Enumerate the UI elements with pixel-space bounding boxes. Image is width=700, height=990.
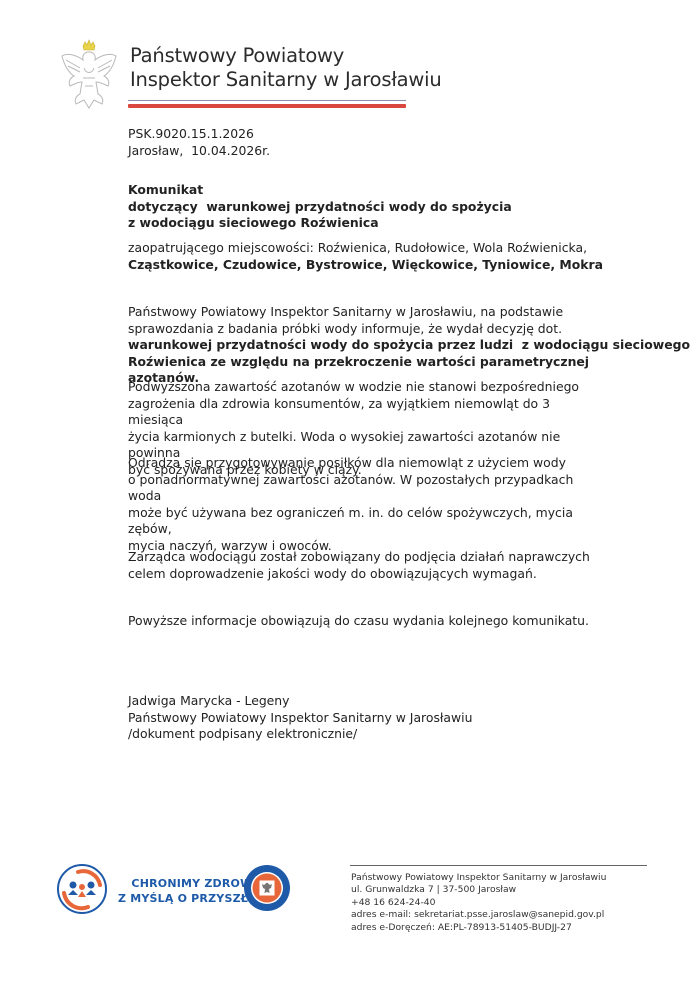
sanitary-inspection-seal-icon xyxy=(243,864,291,912)
paragraph-line: warunkowej przydatności wody do spożycia… xyxy=(128,337,608,354)
signature-note: /dokument podpisany elektronicznie/ xyxy=(128,726,472,743)
polish-eagle-emblem-icon xyxy=(58,38,120,112)
signatory-role: Państwowy Powiatowy Inspektor Sanitarny … xyxy=(128,710,472,727)
paragraph-decision: Państwowy Powiatowy Inspektor Sanitarny … xyxy=(128,304,608,387)
paragraph-line: Powyższe informacje obowiązują do czasu … xyxy=(128,613,608,630)
paragraph-line: zagrożenia dla zdrowia konsumentów, za w… xyxy=(128,396,608,429)
contact-address: ul. Grunwaldzka 7 | 37-500 Jarosław xyxy=(351,884,606,896)
contact-institution: Państwowy Powiatowy Inspektor Sanitarny … xyxy=(351,872,606,884)
campaign-logo-icon xyxy=(56,863,108,915)
institution-line1: Państwowy Powiatowy xyxy=(130,44,442,68)
reference-number: PSK.9020.15.1.2026 xyxy=(128,126,270,143)
paragraph-recommendations: Odradza się przygotowywanie posiłków dla… xyxy=(128,455,608,554)
paragraph-line: sprawozdania z badania próbki wody infor… xyxy=(128,321,608,338)
signatory-name: Jadwiga Marycka - Legeny xyxy=(128,693,472,710)
signature-block: Jadwiga Marycka - Legeny Państwowy Powia… xyxy=(128,693,472,743)
document-meta: PSK.9020.15.1.2026 Jarosław, 10.04.2026r… xyxy=(128,126,270,159)
supplied-localities: zaopatrującego miejscowości: Roźwienica,… xyxy=(128,240,603,273)
contact-email[interactable]: adres e-mail: sekretariat.psse.jaroslaw@… xyxy=(351,909,606,921)
header-divider-thin xyxy=(128,100,406,101)
supply-line2: Cząstkowice, Czudowice, Bystrowice, Więc… xyxy=(128,257,603,274)
title-line3: z wodociągu sieciowego Roźwienica xyxy=(128,215,512,232)
header-divider-red xyxy=(128,104,406,108)
document-title: Komunikat dotyczący warunkowej przydatno… xyxy=(128,182,512,232)
paragraph-line: Odradza się przygotowywanie posiłków dla… xyxy=(128,455,608,472)
contact-phone[interactable]: +48 16 624-24-40 xyxy=(351,897,606,909)
paragraph-line: Państwowy Powiatowy Inspektor Sanitarny … xyxy=(128,304,608,321)
title-line1: Komunikat xyxy=(128,182,512,199)
title-line2: dotyczący warunkowej przydatności wody d… xyxy=(128,199,512,216)
paragraph-line: o ponadnormatywnej zawartości azotanów. … xyxy=(128,472,608,505)
institution-line2: Inspektor Sanitarny w Jarosławiu xyxy=(130,68,442,92)
paragraph-line: celem doprowadzenie jakości wody do obow… xyxy=(128,566,608,583)
paragraph-line: Podwyższona zawartość azotanów w wodzie … xyxy=(128,379,608,396)
paragraph-validity: Powyższe informacje obowiązują do czasu … xyxy=(128,613,608,630)
contact-edelivery: adres e-Doręczeń: AE:PL-78913-51405-BUDJ… xyxy=(351,922,606,934)
paragraph-line: Zarządca wodociągu został zobowiązany do… xyxy=(128,549,608,566)
contact-details: Państwowy Powiatowy Inspektor Sanitarny … xyxy=(351,872,606,934)
place-date: Jarosław, 10.04.2026r. xyxy=(128,143,270,160)
institution-name: Państwowy Powiatowy Inspektor Sanitarny … xyxy=(130,44,442,92)
paragraph-operator-obligation: Zarządca wodociągu został zobowiązany do… xyxy=(128,549,608,582)
paragraph-line: może być używana bez ograniczeń m. in. d… xyxy=(128,505,608,538)
footer-divider xyxy=(350,865,647,866)
supply-line1: zaopatrującego miejscowości: Roźwienica,… xyxy=(128,240,603,257)
